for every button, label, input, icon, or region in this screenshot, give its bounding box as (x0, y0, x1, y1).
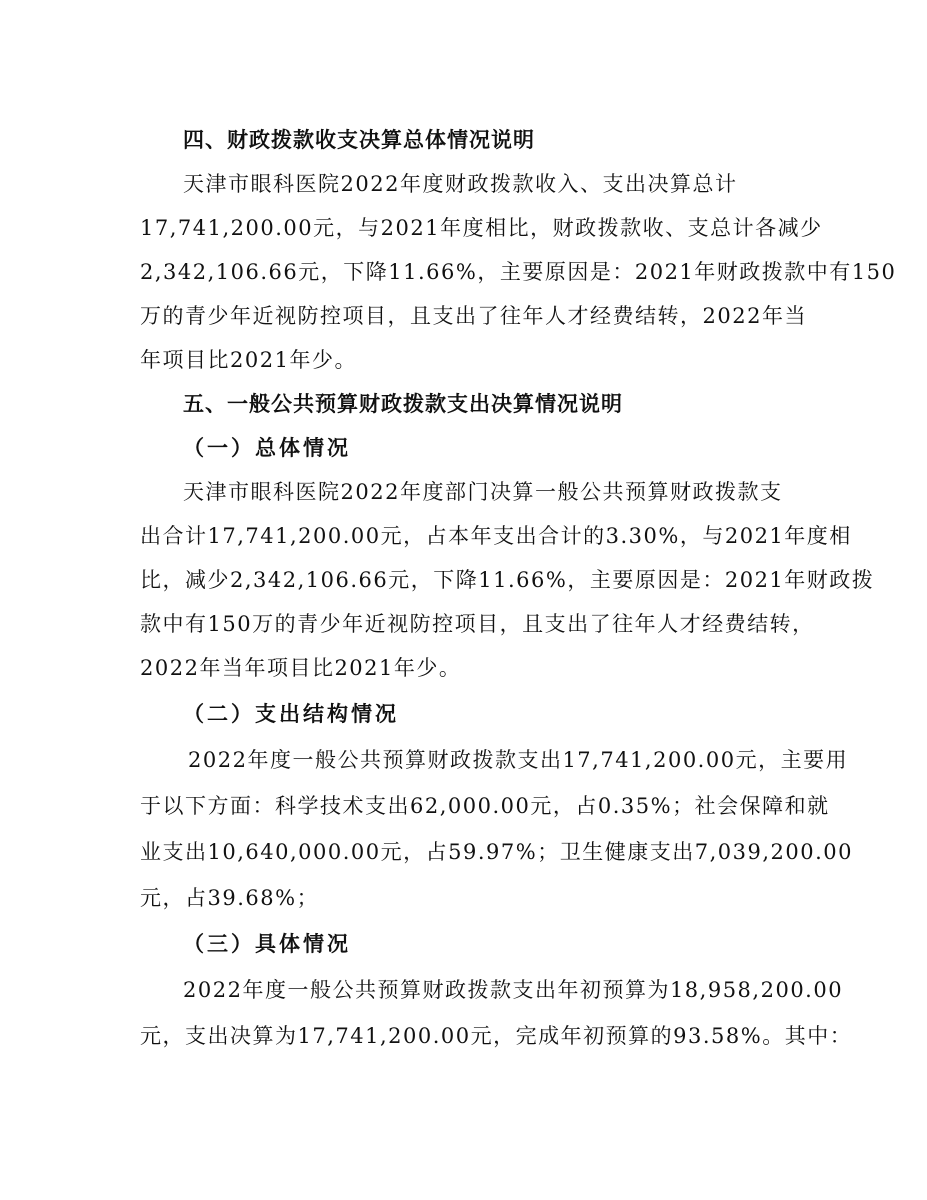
section-heading-4: 四、财政拨款收支决算总体情况说明 (183, 126, 800, 154)
paragraph-line: 年项目比2021年少。 (140, 346, 800, 374)
paragraph-line: 17,741,200.00元，与2021年度相比，财政拨款收、支总计各减少 (140, 214, 800, 242)
document-page: 四、财政拨款收支决算总体情况说明 天津市眼科医院2022年度财政拨款收入、支出决… (0, 0, 927, 1200)
section-heading-5: 五、一般公共预算财政拨款支出决算情况说明 (183, 390, 800, 418)
paragraph-line: 出合计17,741,200.00元，占本年支出合计的3.30%，与2021年度相 (140, 522, 800, 550)
subsection-heading-overall: （一）总体情况 (183, 434, 800, 462)
paragraph-line: 2022年度一般公共预算财政拨款支出17,741,200.00元，主要用 (188, 746, 805, 774)
paragraph-line: 款中有150万的青少年近视防控项目，且支出了往年人才经费结转， (140, 610, 800, 638)
paragraph-line: 天津市眼科医院2022年度部门决算一般公共预算财政拨款支 (183, 478, 800, 506)
subsection-heading-structure: （二）支出结构情况 (183, 700, 800, 728)
paragraph-line: 元，支出决算为17,741,200.00元，完成年初预算的93.58%。其中： (140, 1022, 800, 1050)
subsection-heading-details: （三）具体情况 (183, 930, 800, 958)
paragraph-line: 2022年当年项目比2021年少。 (140, 654, 800, 682)
paragraph-line: 比，减少2,342,106.66元，下降11.66%，主要原因是：2021年财政… (140, 566, 800, 594)
paragraph-line: 2022年度一般公共预算财政拨款支出年初预算为18,958,200.00 (183, 976, 800, 1004)
paragraph-line: 万的青少年近视防控项目，且支出了往年人才经费结转，2022年当 (140, 302, 800, 330)
paragraph-line: 天津市眼科医院2022年度财政拨款收入、支出决算总计 (183, 170, 800, 198)
paragraph-line: 2,342,106.66元，下降11.66%，主要原因是：2021年财政拨款中有… (140, 258, 800, 286)
paragraph-line: 于以下方面：科学技术支出62,000.00元，占0.35%；社会保障和就 (140, 792, 800, 820)
paragraph-line: 元，占39.68%； (140, 884, 800, 912)
paragraph-line: 业支出10,640,000.00元，占59.97%；卫生健康支出7,039,20… (140, 838, 800, 866)
